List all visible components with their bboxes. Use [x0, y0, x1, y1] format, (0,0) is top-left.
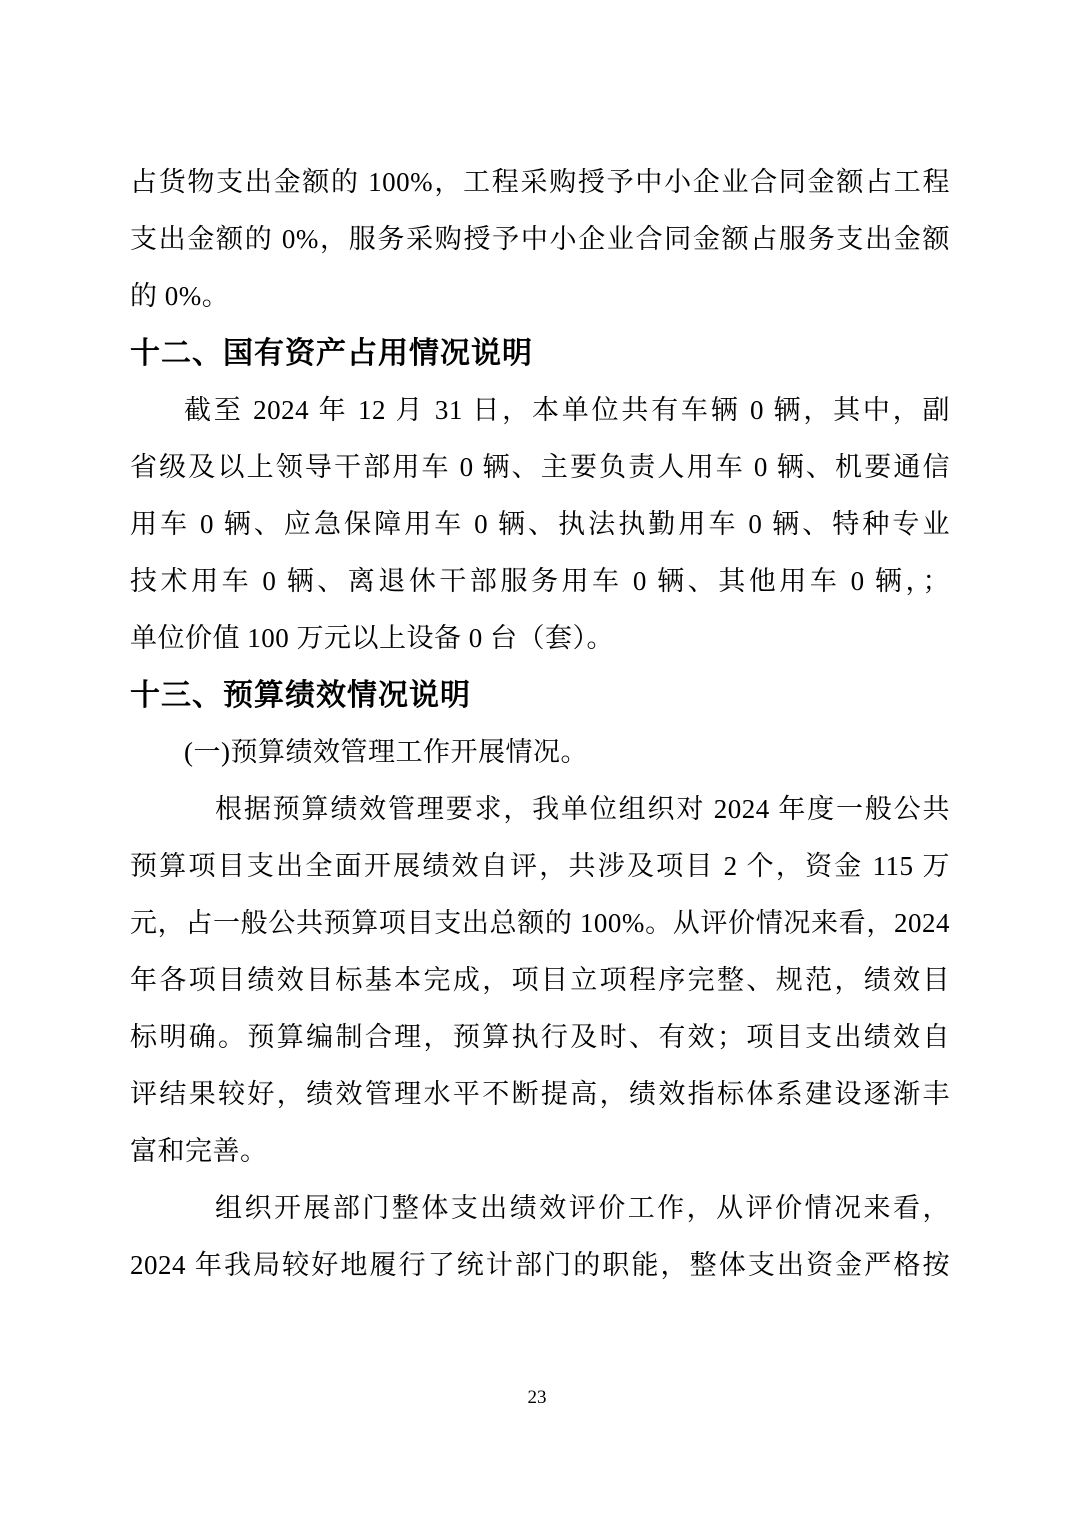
text-line: 占货物支出金额的 100%，工程采购授予中小企业合同金额占工程 [130, 154, 950, 211]
text-line: 年各项目绩效目标基本完成，项目立项程序完整、规范，绩效目 [130, 952, 950, 1009]
text-line: 省级及以上领导干部用车 0 辆、主要负责人用车 0 辆、机要通信 [130, 439, 950, 496]
text-line: 评结果较好，绩效管理水平不断提高，绩效指标体系建设逐渐丰 [130, 1066, 950, 1123]
text-line: 用车 0 辆、应急保障用车 0 辆、执法执勤用车 0 辆、特种专业 [130, 496, 950, 553]
document-page: 占货物支出金额的 100%，工程采购授予中小企业合同金额占工程 支出金额的 0%… [0, 0, 1074, 1520]
text-line: 标明确。预算编制合理，预算执行及时、有效；项目支出绩效自 [130, 1009, 950, 1066]
text-line: 支出金额的 0%，服务采购授予中小企业合同金额占服务支出金额 [130, 211, 950, 268]
performance-paragraph: 根据预算绩效管理要求，我单位组织对 2024 年度一般公共 预算项目支出全面开展… [130, 781, 950, 1180]
text-line: 技术用车 0 辆、离退休干部服务用车 0 辆、其他用车 0 辆，； [130, 553, 950, 610]
text-line: 单位价值 100 万元以上设备 0 台（套）。 [130, 610, 950, 667]
text-line: 截至 2024 年 12 月 31 日，本单位共有车辆 0 辆，其中，副 [130, 382, 950, 439]
text-line: (一)预算绩效管理工作开展情况。 [130, 724, 950, 781]
text-block: 占货物支出金额的 100%，工程采购授予中小企业合同金额占工程 支出金额的 0%… [130, 154, 950, 1294]
page-number: 23 [0, 1386, 1074, 1410]
text-line: 预算项目支出全面开展绩效自评，共涉及项目 2 个，资金 115 万 [130, 838, 950, 895]
section-12-paragraph: 截至 2024 年 12 月 31 日，本单位共有车辆 0 辆，其中，副 省级及… [130, 382, 950, 667]
sub-section-heading: (一)预算绩效管理工作开展情况。 [130, 724, 950, 781]
text-line: 2024 年我局较好地履行了统计部门的职能，整体支出资金严格按 [130, 1237, 950, 1294]
text-line: 的 0%。 [130, 268, 950, 325]
text-line: 组织开展部门整体支出绩效评价工作，从评价情况来看， [130, 1180, 950, 1237]
continuation-paragraph: 占货物支出金额的 100%，工程采购授予中小企业合同金额占工程 支出金额的 0%… [130, 154, 950, 325]
text-line: 元，占一般公共预算项目支出总额的 100%。从评价情况来看，2024 [130, 895, 950, 952]
overall-evaluation-paragraph: 组织开展部门整体支出绩效评价工作，从评价情况来看， 2024 年我局较好地履行了… [130, 1180, 950, 1294]
section-13-heading: 十三、预算绩效情况说明 [130, 667, 950, 724]
text-line: 富和完善。 [130, 1123, 950, 1180]
text-line: 根据预算绩效管理要求，我单位组织对 2024 年度一般公共 [130, 781, 950, 838]
section-12-heading: 十二、国有资产占用情况说明 [130, 325, 950, 382]
